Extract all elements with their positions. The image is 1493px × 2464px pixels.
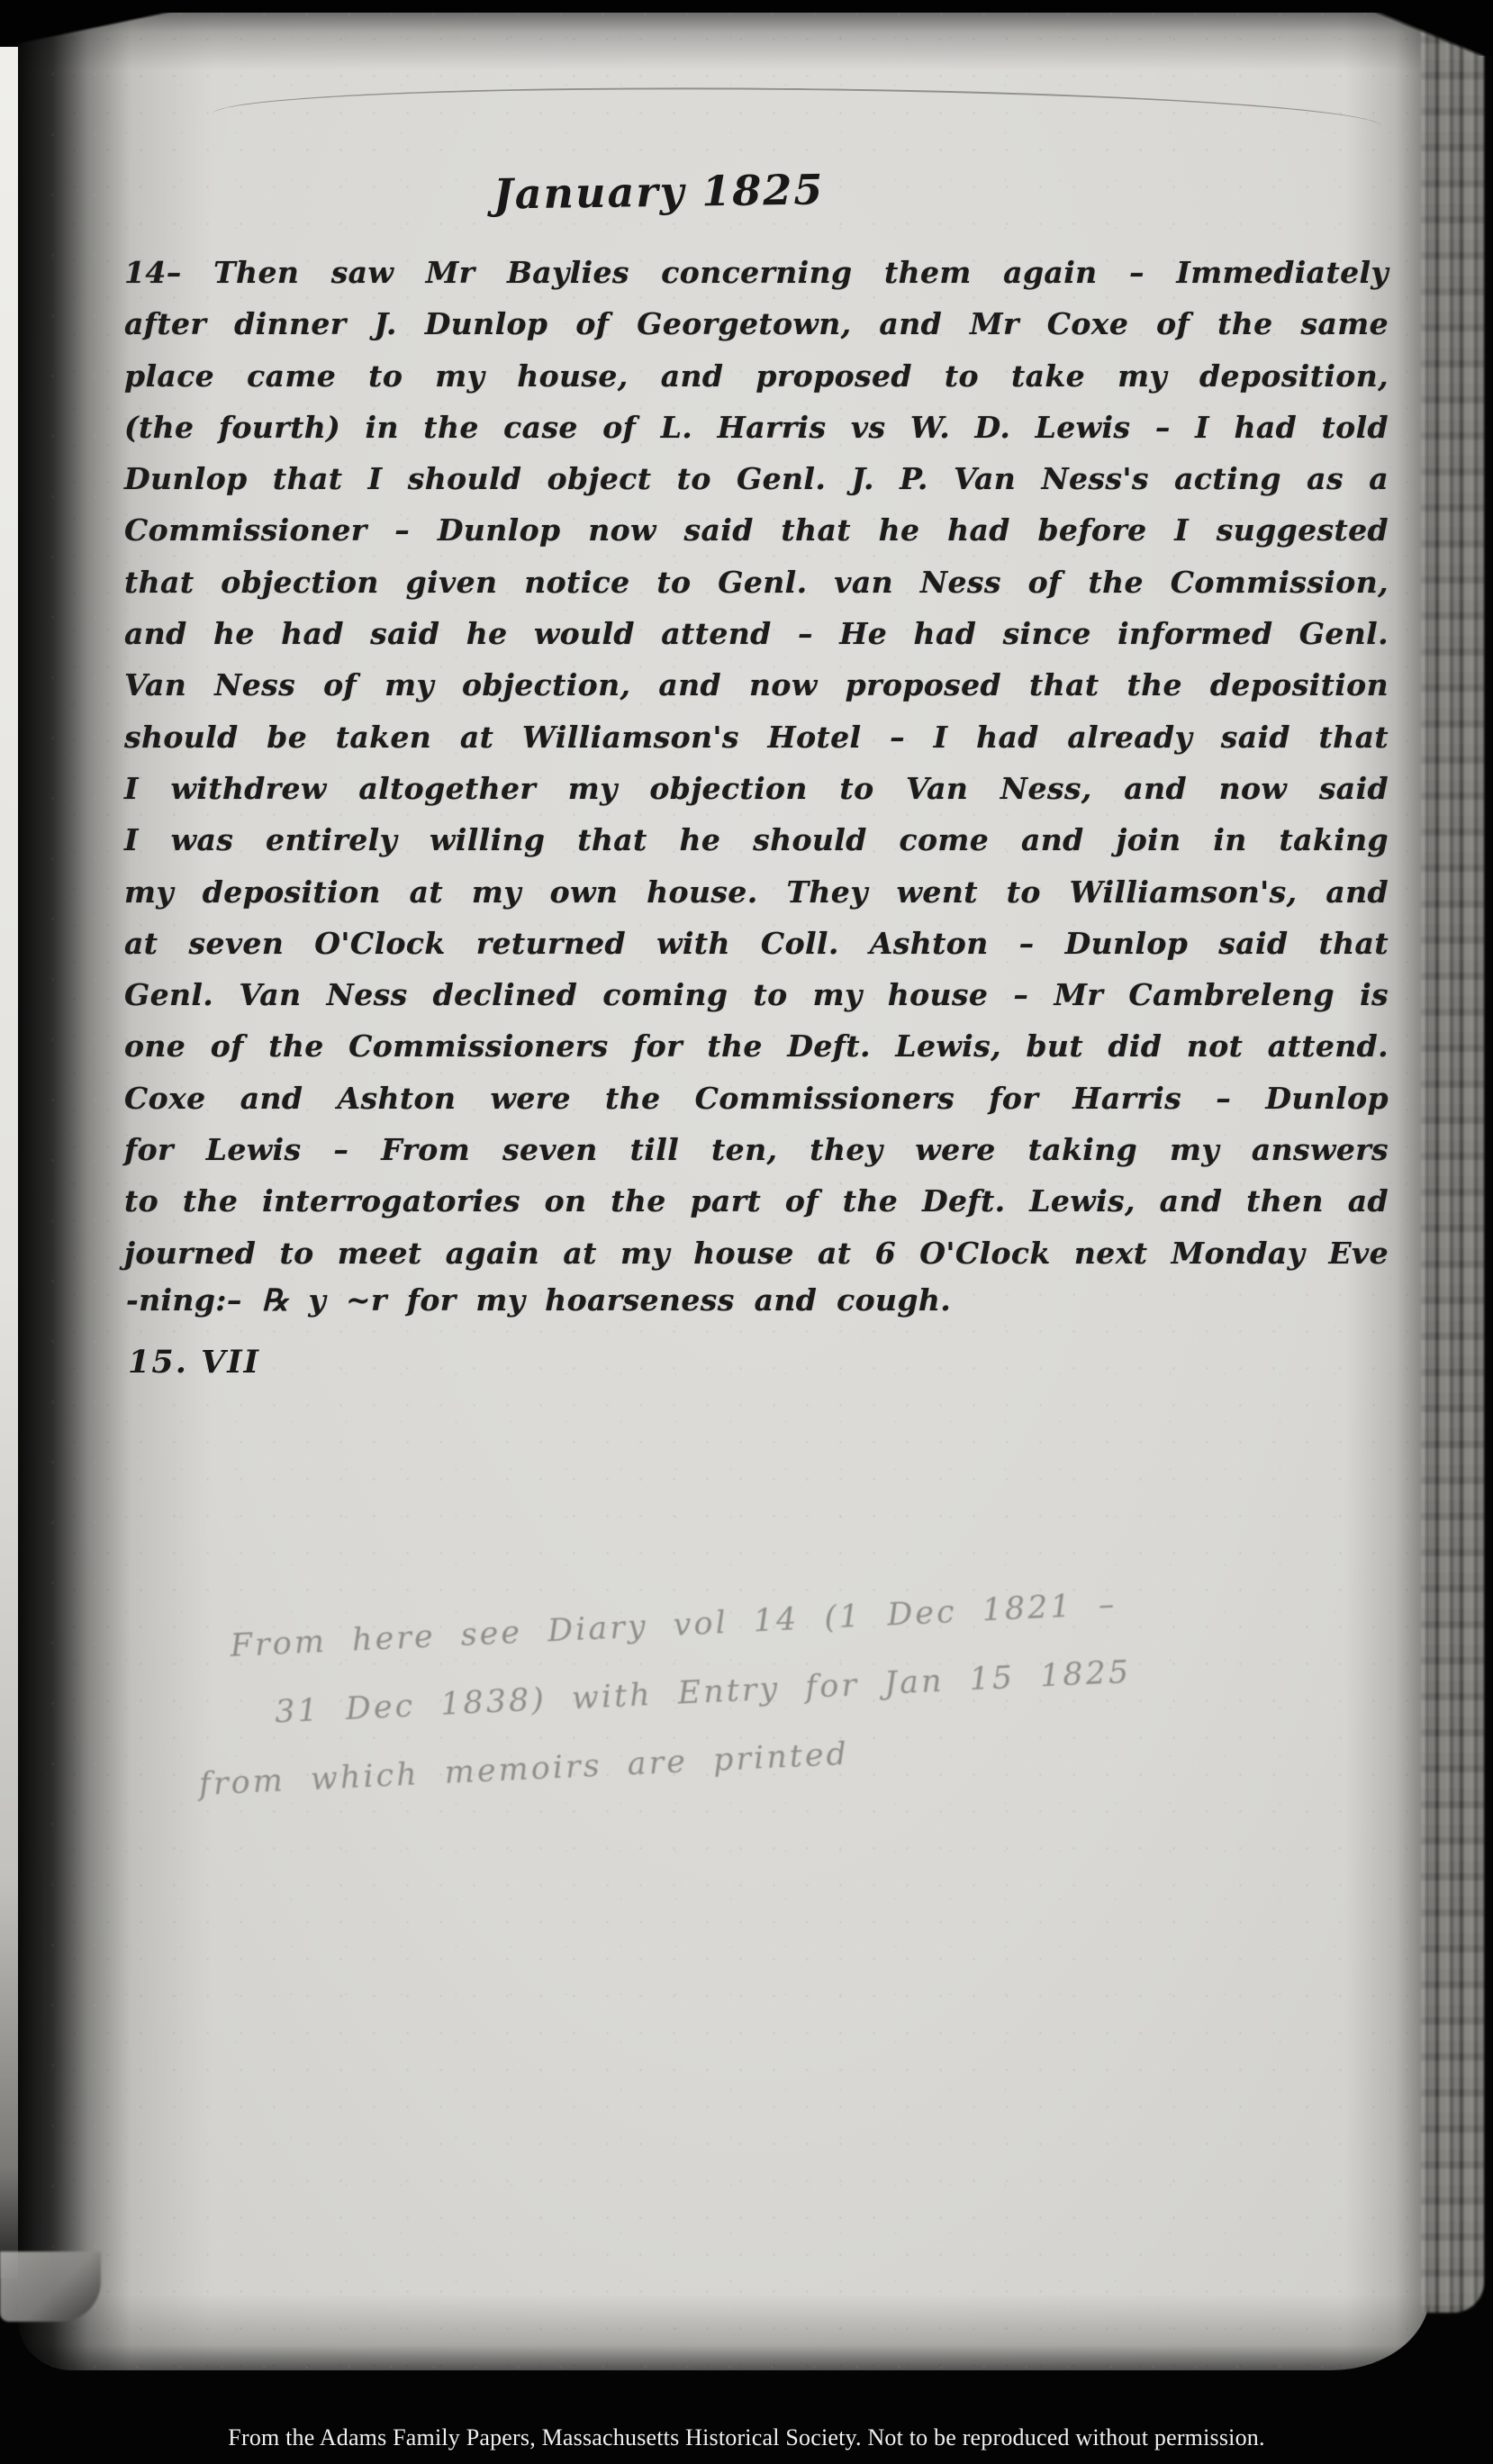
archive-caption: From the Adams Family Papers, Massachuse… — [0, 2424, 1493, 2451]
page-heading-date: January 1825 — [493, 165, 825, 218]
diary-line: Van Ness of my objection, and now propos… — [124, 659, 1389, 711]
bottom-left-binding-shadow — [0, 2251, 101, 2322]
diary-line: one of the Commissioners for the Deft. L… — [124, 1020, 1389, 1072]
diary-line: Coxe and Ashton were the Commissioners f… — [124, 1073, 1389, 1124]
diary-line: my deposition at my own house. They went… — [124, 866, 1389, 918]
diary-line: Genl. Van Ness declined coming to my hou… — [124, 969, 1389, 1020]
scanned-book-photo: January 1825 14– Then saw Mr Baylies con… — [0, 0, 1493, 2464]
diary-line: at seven O'Clock returned with Coll. Ash… — [124, 918, 1389, 969]
diary-line: should be taken at Williamson's Hotel – … — [124, 711, 1389, 763]
top-right-shadow-wedge — [1358, 0, 1493, 56]
facing-page-edge — [0, 47, 18, 2278]
diary-line: I withdrew altogether my objection to Va… — [124, 763, 1389, 814]
page-block-fore-edge-texture — [1421, 23, 1484, 2313]
stray-hairline-mark — [212, 82, 1383, 159]
diary-line: (the fourth) in the case of L. Harris vs… — [124, 402, 1389, 453]
diary-line: and he had said he would attend – He had… — [124, 608, 1389, 659]
diary-line: Commissioner – Dunlop now said that he h… — [124, 504, 1389, 556]
diary-line: Dunlop that I should object to Genl. J. … — [124, 453, 1389, 504]
diary-line: that objection given notice to Genl. van… — [124, 557, 1389, 608]
diary-entry-lines: 14– Then saw Mr Baylies concerning them … — [124, 247, 1389, 1279]
diary-line: 14– Then saw Mr Baylies concerning them … — [124, 247, 1389, 298]
diary-line: for Lewis – From seven till ten, they we… — [124, 1124, 1389, 1175]
diary-line: place came to my house, and proposed to … — [124, 350, 1389, 402]
diary-line: journed to meet again at my house at 6 O… — [124, 1227, 1389, 1279]
diary-line: I was entirely willing that he should co… — [124, 814, 1389, 865]
diary-line: to the interrogatories on the part of th… — [124, 1175, 1389, 1227]
next-entry-marker: 15. VII — [128, 1344, 260, 1381]
diary-continuation-line: -ning:– ℞ y ~r for my hoarseness and cou… — [126, 1282, 951, 1318]
top-left-shadow-wedge — [0, 0, 225, 47]
diary-line: after dinner J. Dunlop of Georgetown, an… — [124, 298, 1389, 349]
